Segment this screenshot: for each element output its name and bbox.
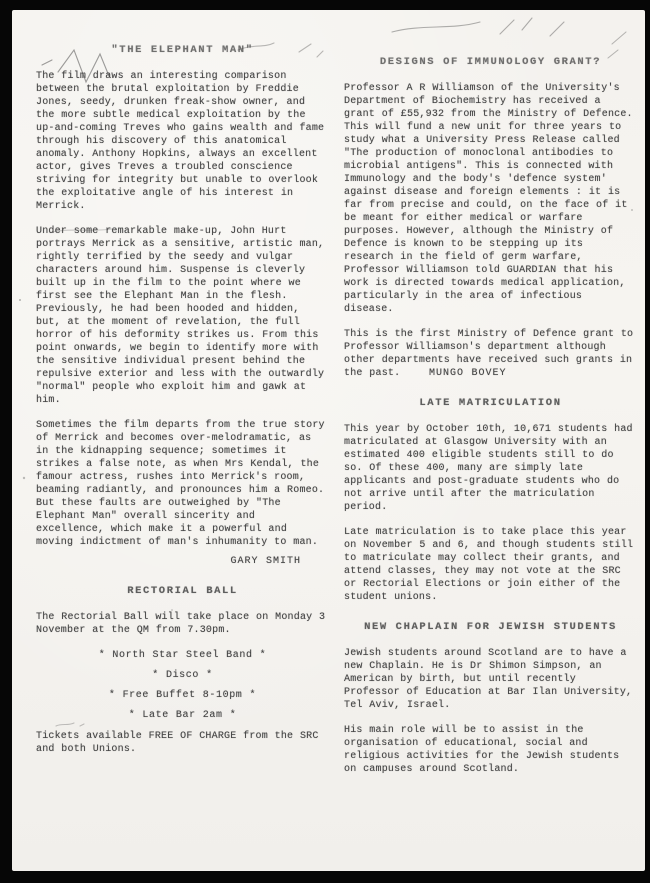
paragraph: His main role will be to assist in the o… — [344, 724, 637, 776]
right-column: DESIGNS OF IMMUNOLOGY GRANT? Professor A… — [344, 44, 637, 788]
paragraph: Under some remarkable make-up, John Hurt… — [36, 225, 329, 407]
left-column: "THE ELEPHANT MAN" The film draws an int… — [36, 44, 329, 768]
scan-speck — [19, 299, 21, 301]
feature-item: * Disco * — [36, 669, 329, 682]
paragraph: The Rectorial Ball will take place on Mo… — [36, 611, 329, 637]
article-title-elephant-man: "THE ELEPHANT MAN" — [36, 44, 329, 57]
paragraph: Jewish students around Scotland are to h… — [344, 647, 637, 712]
byline-gary-smith: GARY SMITH — [36, 555, 329, 568]
byline-mungo-bovey: MUNGO BOVEY — [429, 368, 507, 379]
article-title-immunology-grant: DESIGNS OF IMMUNOLOGY GRANT? — [344, 56, 637, 69]
paragraph: This is the first Ministry of Defence gr… — [344, 328, 637, 380]
feature-item: * Late Bar 2am * — [36, 709, 329, 722]
feature-item: * Free Buffet 8-10pm * — [36, 689, 329, 702]
pen-scribble-right-title — [392, 18, 564, 36]
section-heading-rectorial-ball: RECTORIAL BALL — [36, 585, 329, 598]
scanned-newsletter-screenshot: { "page": { "left_column": { "title": "\… — [0, 0, 650, 883]
paragraph: Late matriculation is to take place this… — [344, 526, 637, 604]
section-heading-late-matriculation: LATE MATRICULATION — [344, 397, 637, 410]
scan-speck — [23, 477, 25, 479]
ball-feature-list: * North Star Steel Band * * Disco * * Fr… — [36, 649, 329, 722]
paragraph: Tickets available FREE OF CHARGE from th… — [36, 730, 329, 756]
feature-item: * North Star Steel Band * — [36, 649, 329, 662]
section-heading-new-chaplain: NEW CHAPLAIN FOR JEWISH STUDENTS — [344, 621, 637, 634]
paragraph: Professor A R Williamson of the Universi… — [344, 82, 637, 316]
paragraph: Sometimes the film departs from the true… — [36, 419, 329, 549]
paragraph: The film draws an interesting comparison… — [36, 70, 329, 213]
scanned-page: "THE ELEPHANT MAN" The film draws an int… — [12, 10, 645, 871]
paragraph: This year by October 10th, 10,671 studen… — [344, 423, 637, 514]
